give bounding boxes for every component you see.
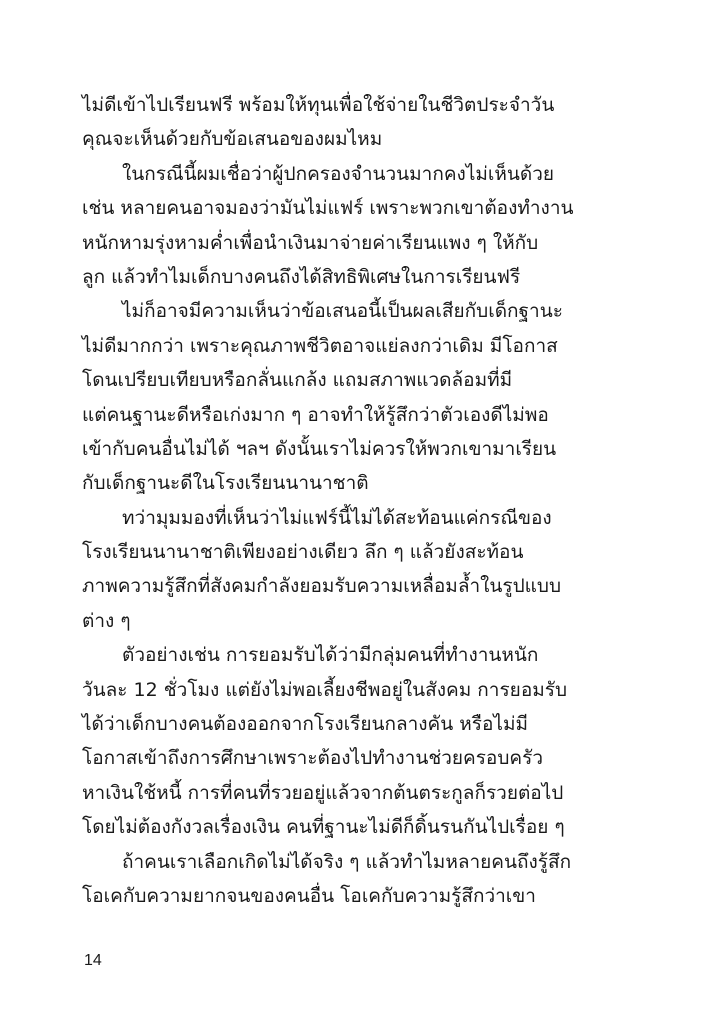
paragraph-start-line: ในกรณีนี้ผมเชื่อว่าผู้ปกครองจำนวนมากคงไม…: [82, 157, 642, 191]
text-line: ไม่ดีมากกว่า เพราะคุณภาพชีวิตอาจแย่ลงกว่…: [82, 329, 642, 363]
text-line: เข้ากับคนอื่นไม่ได้ ฯลฯ ดังนั้นเราไม่ควร…: [82, 432, 642, 466]
text-line: โอเคกับความยากจนของคนอื่น โอเคกับความรู้…: [82, 879, 642, 913]
paragraph-start-line: ไม่ก็อาจมีความเห็นว่าข้อเสนอนี้เป็นผลเสี…: [82, 294, 642, 328]
text-line: หนักหามรุ่งหามค่ำเพื่อนำเงินมาจ่ายค่าเรี…: [82, 226, 642, 260]
text-line: เช่น หลายคนอาจมองว่ามันไม่แฟร์ เพราะพวกเ…: [82, 191, 642, 225]
book-page: ไม่ดีเข้าไปเรียนฟรี พร้อมให้ทุนเพื่อใช้จ…: [0, 0, 711, 1024]
body-text: ไม่ดีเข้าไปเรียนฟรี พร้อมให้ทุนเพื่อใช้จ…: [82, 88, 642, 913]
text-line: หาเงินใช้หนี้ การที่คนที่รวยอยู่แล้วจากต…: [82, 776, 642, 810]
text-line: คุณจะเห็นด้วยกับข้อเสนอของผมไหม: [82, 122, 642, 156]
text-line: โรงเรียนนานาชาติเพียงอย่างเดียว ลึก ๆ แล…: [82, 535, 642, 569]
text-line: ลูก แล้วทำไมเด็กบางคนถึงได้สิทธิพิเศษในก…: [82, 260, 642, 294]
paragraph-start-line: ทว่ามุมมองที่เห็นว่าไม่แฟร์นี้ไม่ได้สะท้…: [82, 501, 642, 535]
text-line: วันละ 12 ชั่วโมง แต่ยังไม่พอเลี้ยงชีพอยู…: [82, 673, 642, 707]
text-line: ได้ว่าเด็กบางคนต้องออกจากโรงเรียนกลางคัน…: [82, 707, 642, 741]
text-line: โดยไม่ต้องกังวลเรื่องเงิน คนที่ฐานะไม่ดี…: [82, 810, 642, 844]
text-line: โดนเปรียบเทียบหรือกลั่นแกล้ง แถมสภาพแวดล…: [82, 363, 642, 397]
paragraph-start-line: ตัวอย่างเช่น การยอมรับได้ว่ามีกลุ่มคนที่…: [82, 638, 642, 672]
text-line: ต่าง ๆ: [82, 604, 642, 638]
text-line: แต่คนฐานะดีหรือเก่งมาก ๆ อาจทำให้รู้สึกว…: [82, 398, 642, 432]
page-number: 14: [84, 952, 102, 970]
text-line: ไม่ดีเข้าไปเรียนฟรี พร้อมให้ทุนเพื่อใช้จ…: [82, 88, 642, 122]
text-line: กับเด็กฐานะดีในโรงเรียนนานาชาติ: [82, 466, 642, 500]
text-line: ภาพความรู้สึกที่สังคมกำลังยอมรับความเหลื…: [82, 569, 642, 603]
paragraph-start-line: ถ้าคนเราเลือกเกิดไม่ได้จริง ๆ แล้วทำไมหล…: [82, 845, 642, 879]
text-line: โอกาสเข้าถึงการศึกษาเพราะต้องไปทำงานช่วย…: [82, 741, 642, 775]
